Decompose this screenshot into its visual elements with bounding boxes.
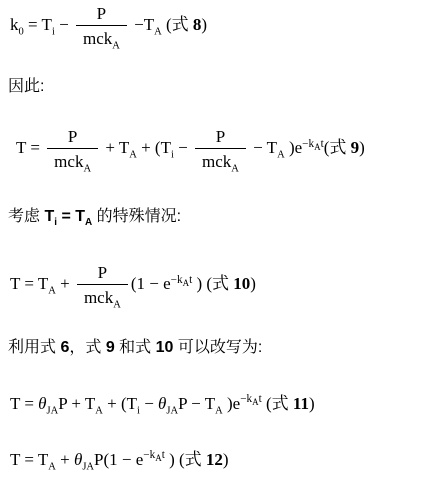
superscript: −kAt [171,274,193,286]
equation-11: T = θJAP + TA + (Ti − θJAP − TA )e−kAt (… [10,394,315,414]
text-token: mck [83,29,112,48]
subscript: A [129,150,137,161]
paragraph-special-case: 考虑 Ti = TA 的特殊情况: [8,207,181,227]
fraction: PmckA [47,126,98,173]
fraction-denominator: mckA [47,149,98,172]
text-token: (1 − e [131,274,171,293]
fraction-denominator: mckA [195,149,246,172]
text-token: )e [223,394,240,413]
fraction: PmckA [76,3,127,50]
text-token: 9 [351,138,360,157]
text-token: 10 [156,339,174,356]
text-token: ) [359,138,365,157]
text-token: ) [309,394,315,413]
text-token: θ [38,394,46,413]
subscript: JA [82,461,94,472]
document-page: k0 = Ti − PmckA −TA (式 8) 因此: T = PmckA … [0,0,426,482]
text-token: 12 [206,450,223,469]
fraction: PmckA [77,262,128,309]
text-token: = [57,208,75,225]
superscript: −kAt [240,393,262,405]
equation-9: T = PmckA + TA + (Ti − PmckA − TA )e−kAt… [16,126,365,173]
equation-10: T = TA + PmckA(1 − e−kAt ) (式 10) [10,262,256,309]
text-token: ) [165,450,179,469]
text-token: (式 [324,138,351,157]
subscript: A [112,41,120,52]
text-token: −k [302,138,314,150]
text-token: P [216,127,225,146]
text-token: + (T [103,394,137,413]
text-token: (式 [179,450,206,469]
paragraph-therefore: 因此: [8,77,44,97]
fraction-numerator: P [77,262,128,285]
text-token: ，式 [69,339,105,356]
text-token: − [174,138,192,157]
fraction-denominator: mckA [77,285,128,308]
text-token: k [10,15,19,34]
subscript: JA [166,405,178,416]
text-token: (式 [162,15,193,34]
text-token: 考虑 [8,208,44,225]
text-token: + [56,450,74,469]
superscript: −kAt [302,138,324,150]
text-token: mck [54,152,83,171]
text-token: T = T [10,450,48,469]
text-token: − [55,15,73,34]
subscript: A [48,461,56,472]
subscript: JA [47,405,59,416]
subscript: A [83,164,91,175]
text-token: − T [249,138,277,157]
text-token: −k [143,449,155,461]
text-token: 和式 [115,339,156,356]
text-token: + [56,274,74,293]
subscript: A [95,405,103,416]
text-token: −k [171,274,183,286]
text-token: P [97,4,106,23]
text-token: 10 [233,274,250,293]
text-token: 因此: [8,78,44,95]
text-token: T = [10,394,38,413]
text-token: −T [130,15,154,34]
text-token: (式 [206,274,233,293]
text-token: T = [16,138,44,157]
equation-8: k0 = Ti − PmckA −TA (式 8) [10,3,207,50]
text-token: P [68,127,77,146]
text-token: T [75,208,85,225]
text-token: = T [24,15,52,34]
text-token: ) [201,15,207,34]
subscript: A [215,405,223,416]
subscript: A [231,164,239,175]
text-token: 的特殊情况: [92,208,181,225]
subscript: A [277,150,285,161]
subscript: A [113,300,121,311]
text-token: 9 [106,339,115,356]
text-token: 11 [293,394,309,413]
text-token: −k [240,393,252,405]
fraction-denominator: mckA [76,26,127,49]
text-token: P [98,263,107,282]
text-token: P(1 − e [94,450,143,469]
subscript: A [154,27,162,38]
subscript: A [48,286,56,297]
text-token: T [44,208,54,225]
text-token: P − T [178,394,215,413]
fraction-numerator: P [195,126,246,149]
superscript: −kAt [143,449,165,461]
text-token: ) [192,274,206,293]
text-token: mck [202,152,231,171]
fraction-numerator: P [47,126,98,149]
text-token: mck [84,288,113,307]
fraction: PmckA [195,126,246,173]
text-token: P + T [58,394,95,413]
text-token: + T [101,138,129,157]
text-token: (式 [262,394,293,413]
text-token: + (T [137,138,171,157]
equation-12: T = TA + θJAP(1 − e−kAt ) (式 12) [10,450,229,470]
fraction-numerator: P [76,3,127,26]
text-token: ) [250,274,256,293]
text-token: )e [285,138,302,157]
text-token: T = T [10,274,48,293]
text-token: − [140,394,158,413]
text-token: ) [223,450,229,469]
text-token: 利用式 [8,339,60,356]
text-token: 可以改写为: [173,339,262,356]
paragraph-rewrite: 利用式 6，式 9 和式 10 可以改写为: [8,338,262,358]
